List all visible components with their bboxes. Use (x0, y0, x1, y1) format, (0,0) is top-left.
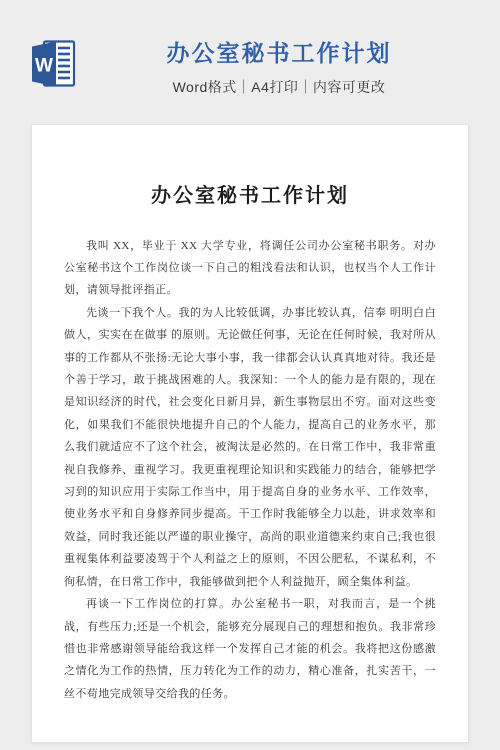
document-body: 我叫 XX，毕业于 XX 大学专业，将调任公司办公室秘书职务。对办公室秘书这个工… (64, 235, 436, 706)
template-title: 办公室秘书工作计划 (78, 40, 480, 68)
document-page: 办公室秘书工作计划 我叫 XX，毕业于 XX 大学专业，将调任公司办公室秘书职务… (31, 124, 469, 743)
svg-text:W: W (35, 56, 53, 77)
document-paragraph: 先谈一下我个人。我的为人比较低调，办事比较认真，信奉 明明白白做人，实实在在做事… (64, 302, 436, 593)
document-paragraph: 再谈一下工作岗位的打算。办公室秘书一职，对我而言，是一个挑战，有些压力;还是一个… (64, 593, 436, 705)
template-subtitle: Word格式｜A4打印｜内容可更改 (78, 77, 480, 97)
header: W 办公室秘书工作计划 Word格式｜A4打印｜内容可更改 (0, 0, 500, 97)
document-title: 办公室秘书工作计划 (64, 179, 436, 208)
header-text: 办公室秘书工作计划 Word格式｜A4打印｜内容可更改 (78, 38, 480, 97)
template-preview-canvas: W 办公室秘书工作计划 Word格式｜A4打印｜内容可更改 办公室秘书工作计划 … (0, 0, 500, 750)
word-logo-icon: W (30, 38, 78, 90)
document-paragraph: 我叫 XX，毕业于 XX 大学专业，将调任公司办公室秘书职务。对办公室秘书这个工… (64, 235, 436, 302)
